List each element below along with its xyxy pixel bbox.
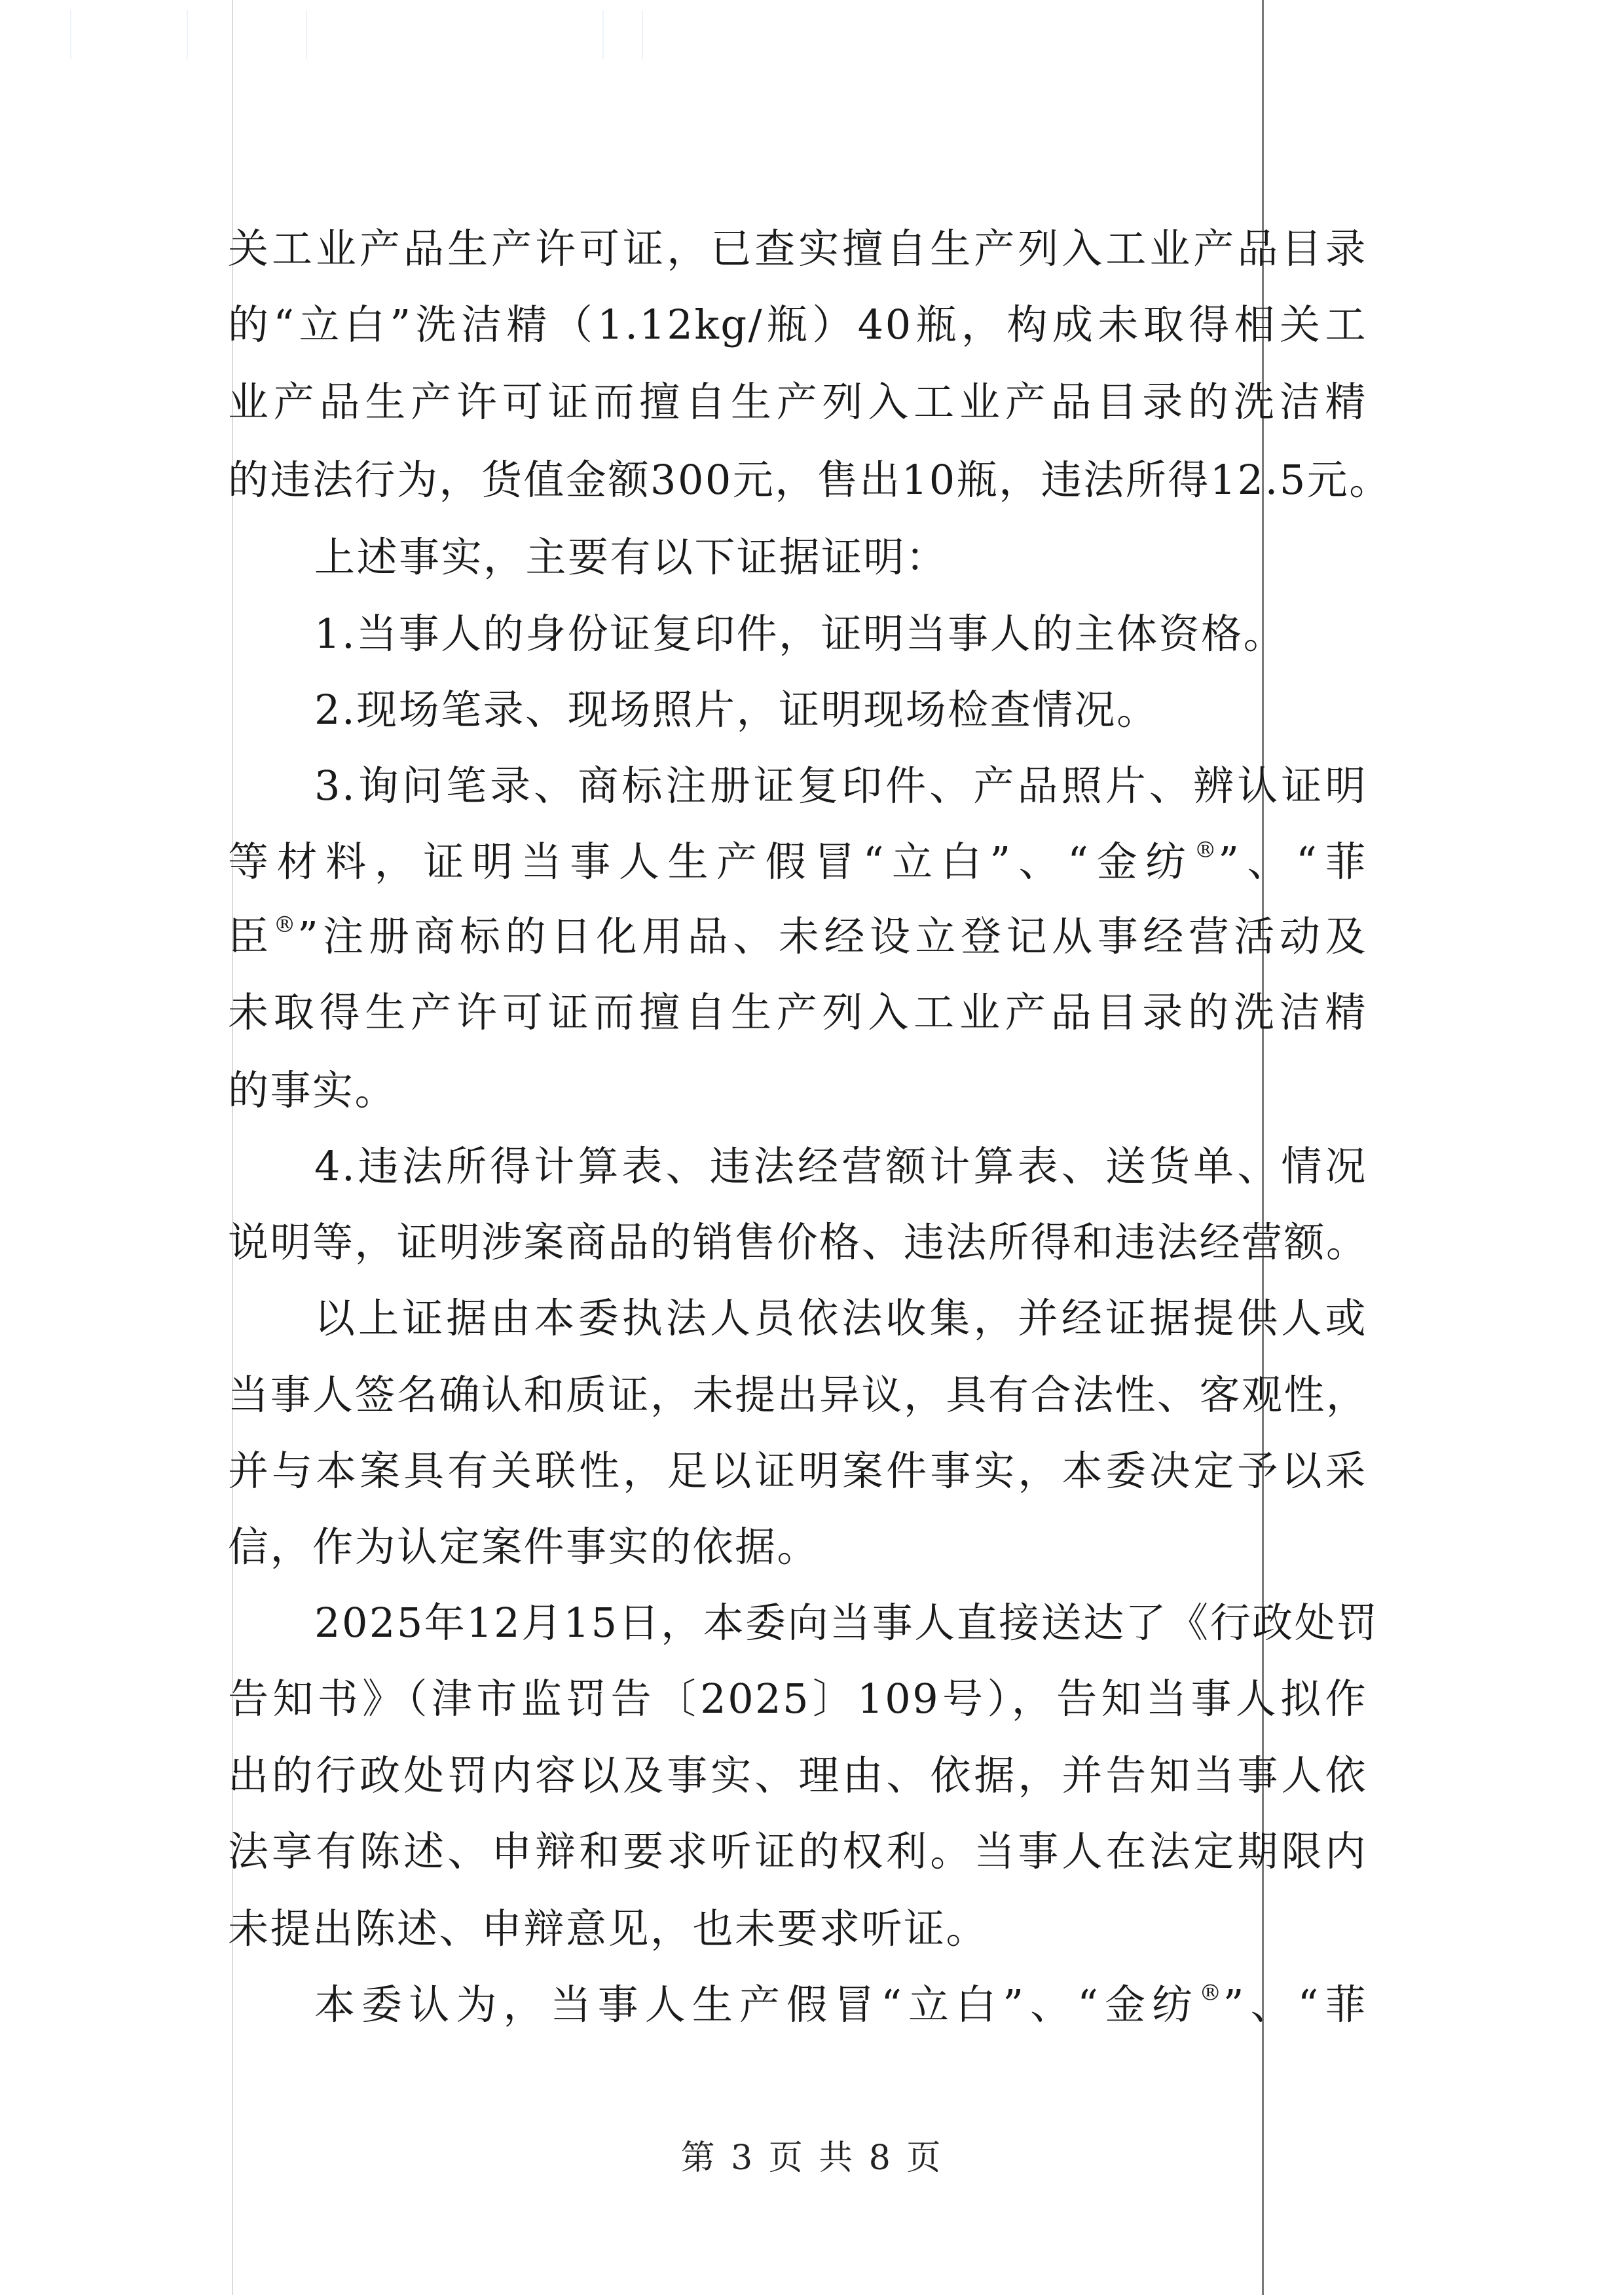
text-line: 上述事实，主要有以下证据证明：: [314, 519, 1367, 595]
text-line: 关工业产品生产许可证，已查实擅自生产列入工业产品目录: [228, 211, 1367, 287]
text-line: 臣®”注册商标的日化用品、未经设立登记从事经营活动及: [228, 899, 1367, 975]
scan-artifact: [70, 10, 71, 59]
scan-artifact: [642, 10, 643, 59]
text-line: 业产品生产许可证而擅自生产列入工业产品目录的洗洁精: [228, 364, 1367, 440]
registered-mark: ®: [1199, 1980, 1223, 2006]
text-line: 的事实。: [228, 1053, 1367, 1129]
text-line: 等材料，证明当事人生产假冒“立白”、“金纺®”、“菲: [228, 824, 1367, 900]
text-line: 4.违法所得计算表、违法经营额计算表、送货单、情况: [314, 1129, 1367, 1204]
text-line: 告知书》（津市监罚告〔2025〕109号），告知当事人拟作: [228, 1661, 1367, 1737]
text-line: 未提出陈述、申辩意见，也未要求听证。: [228, 1891, 1367, 1967]
scan-artifact: [187, 10, 188, 59]
text-line: 未取得生产许可证而擅自生产列入工业产品目录的洗洁精: [228, 975, 1367, 1051]
text-line: 2025年12月15日，本委向当事人直接送达了《行政处罚: [314, 1585, 1367, 1661]
registered-mark: ®: [1194, 837, 1219, 863]
text-line: 并与本案具有关联性，足以证明案件事实，本委决定予以采: [228, 1433, 1367, 1509]
text-line: 的违法行为，货值金额300元，售出10瓶，违法所得12.5元。: [228, 442, 1367, 518]
text-line: 3.询问笔录、商标注册证复印件、产品照片、辨认证明: [314, 748, 1367, 824]
registered-mark: ®: [274, 912, 298, 938]
text-line: 2.现场笔录、现场照片，证明现场检查情况。: [314, 672, 1367, 748]
document-page: 关工业产品生产许可证，已查实擅自生产列入工业产品目录的“立白”洗洁精（1.12k…: [0, 0, 1624, 2295]
text-line: 当事人签名确认和质证，未提出异议，具有合法性、客观性，: [228, 1357, 1367, 1433]
text-line: 信，作为认定案件事实的依据。: [228, 1509, 1367, 1585]
text-line: 出的行政处罚内容以及事实、理由、依据，并告知当事人依: [228, 1738, 1367, 1814]
scan-artifact: [602, 10, 604, 59]
text-line: 法享有陈述、申辩和要求听证的权利。当事人在法定期限内: [228, 1814, 1367, 1890]
text-line: 以上证据由本委执法人员依法收集，并经证据提供人或: [314, 1280, 1367, 1356]
text-line: 1.当事人的身份证复印件，证明当事人的主体资格。: [314, 596, 1367, 672]
page-number-footer: 第 3 页 共 8 页: [0, 2129, 1624, 2188]
text-line: 本委认为，当事人生产假冒“立白”、“金纺®”、“菲: [314, 1967, 1367, 2043]
text-line: 的“立白”洗洁精（1.12kg/瓶）40瓶，构成未取得相关工: [228, 287, 1367, 363]
text-line: 说明等，证明涉案商品的销售价格、违法所得和违法经营额。: [228, 1204, 1367, 1280]
scan-artifact: [306, 10, 307, 59]
